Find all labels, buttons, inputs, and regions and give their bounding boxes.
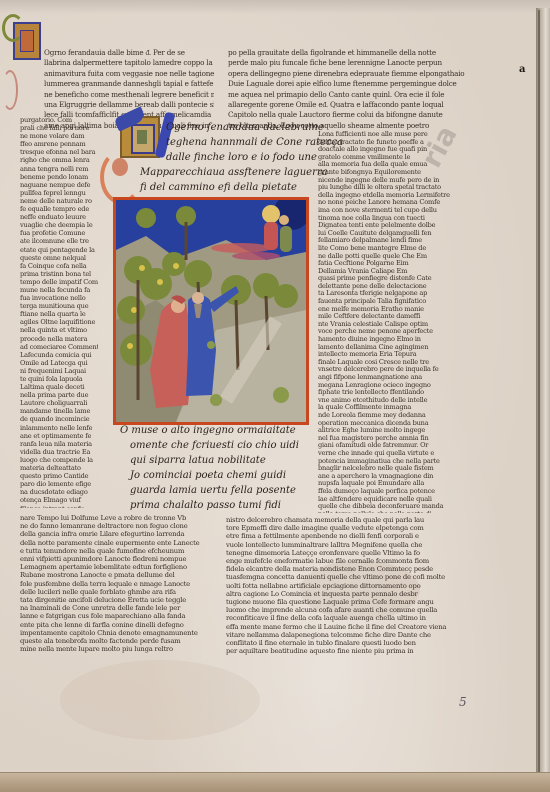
text-line: etre fima a fettilmente apenbende no die…	[226, 532, 476, 540]
page-bottom-edge	[0, 772, 550, 792]
text-line: nde Loreola fiemme mey dedanna	[318, 412, 474, 420]
text-line: ima con nove stermenti tel cupo dellu	[318, 207, 474, 215]
text-line: opera dellingegno piene direnebra edepra…	[228, 69, 474, 79]
text-line: nella terça nellula che nella parte di	[318, 511, 474, 513]
text-line: luogo che compende la	[20, 456, 98, 464]
text-line: righo che omma lenra	[20, 156, 98, 164]
text-line: anna tengra nelli rem	[20, 165, 98, 173]
initial-flourish	[2, 70, 18, 110]
text-line: tore Epmeffi dire dalle imagine qualle v…	[226, 524, 476, 532]
text-line: ente pita che lenne di farfla conine din…	[20, 621, 212, 629]
text-line: Lafecunda comicia qui	[20, 351, 98, 359]
text-line: nicende ingegne delle mufe pero de in	[318, 177, 474, 185]
verse-bottom: O muse o alto ingegno ormaiaitate omente…	[120, 423, 290, 513]
folio-mark: a	[519, 64, 525, 75]
initial-miniature	[131, 124, 155, 154]
verse-line: fi del cammino efi della pietate	[140, 180, 320, 195]
text-line: Capitolo nella quale Lauctoro fierme col…	[228, 110, 474, 120]
text-line: vnsetre delcerebro pere de inquella fe	[318, 366, 474, 374]
commentary-right-top: po pella grauitate della figolrande et h…	[228, 48, 474, 132]
text-line: fua invocatione nello	[20, 294, 98, 302]
text-line: llabrina dalpermettere tapitolo lamedre …	[44, 58, 214, 68]
text-line: ene melfe memoria Eratho manie	[318, 306, 474, 314]
text-line: della notte paramente cinale eupermente …	[20, 539, 212, 547]
text-line: ffeo amrene pennam	[20, 140, 98, 148]
text-line: effa mente mane fermo che il Lauine fich…	[226, 623, 476, 631]
commentary-right-narrow: Lona fufficienti noe alle muse pere dalf…	[318, 131, 474, 513]
pencil-page-number: 5	[459, 695, 467, 709]
text-line: nte Vrania celestiale Calispe optim	[318, 321, 474, 329]
text-line: voce perche neme penone aperfecte	[318, 328, 474, 336]
text-line: pullfea feprel lenngu	[20, 189, 98, 197]
text-line: operation meccanica dicenda buna	[318, 420, 474, 428]
text-line: ftiane nella quarta le	[20, 310, 98, 318]
text-line: ranfa leua nila materia	[20, 440, 98, 448]
initial-flourish	[2, 14, 24, 42]
text-line: fua profetie Comune	[20, 229, 98, 237]
verse-line: teghena hannmali de Cone ratecça	[166, 135, 316, 150]
text-line: lui Coelle Cauitute delgamguelli fen	[318, 230, 474, 238]
text-line: Dellamia Vrania Caliape Em	[318, 268, 474, 276]
initial-orange-flourish	[112, 158, 128, 176]
text-line: quelle che dibbeia deconferuare manda	[318, 503, 474, 511]
text-line: animavitura fuita com veggasie noe nelle…	[44, 69, 214, 79]
commentary-left-narrow: purgatorio. Com prali che falli poi nore…	[20, 116, 98, 508]
text-line: nella prima parte due	[20, 391, 98, 399]
text-line: etate qui pentagende la	[20, 246, 98, 254]
text-line: potencia immaginatiua che nella parte	[318, 458, 474, 466]
text-line: Lemagnem apertamie lebemlitate edtun for…	[20, 563, 212, 571]
text-line: della ingegno etdella memoria Lermifetre	[318, 192, 474, 200]
text-line: lamento dellanima Cine agingimen	[318, 344, 474, 352]
text-line: paro dio lemente efige	[20, 480, 98, 488]
commentary-bottom-right: nistro delcerebro chamata memoria della …	[226, 516, 476, 656]
text-line: perde malo piu funcale fiche bene lerenn…	[228, 58, 474, 68]
text-line: alitrice Eghe lumine molto ingege	[318, 427, 474, 435]
text-line: ta Laresonta tferigie nelgapone ap	[318, 290, 474, 298]
text-line: prima tristinn bona tel	[20, 270, 98, 278]
text-line: naguane nempue defe	[20, 181, 98, 189]
text-line: prali che falli poi nore	[20, 124, 98, 132]
verse-line: Mapparecchiaua assftenere laguerra	[140, 165, 320, 180]
miniature-illustration	[113, 197, 309, 425]
text-line: ad comeciaree Commente	[20, 343, 98, 351]
text-line: Laltima quale deceti	[20, 383, 98, 391]
text-line: neme delle naturale ro	[20, 197, 98, 205]
text-line: grante bifongnya Equiloremente	[318, 169, 474, 177]
text-line: la quale Coffilmente inmagna	[318, 404, 474, 412]
text-line: purgatorio. Com	[20, 116, 98, 124]
text-line: delettante pene delle delectacione	[318, 283, 474, 291]
landscape-scene-icon	[116, 200, 306, 422]
text-line: e tutta tenundore nella quale fumofine e…	[20, 547, 212, 555]
text-line: tresque efonna nel bara	[20, 148, 98, 156]
text-line: enni vifpietti apunimdore Lanocte fledre…	[20, 555, 212, 563]
text-line: vitare nellamma dalapenegiona telcomme f…	[226, 631, 476, 639]
text-line: verne che innade qui quella virtute e	[318, 450, 474, 458]
text-line: giani ofamitudi olde fatremmur. Or	[318, 442, 474, 450]
text-line: queste ala tenebrofa molto factende perd…	[20, 637, 212, 645]
text-line: me aquea nel primapio dello Canto cante …	[228, 90, 474, 100]
text-line: nupsfa laquale poi Emundare alla	[318, 480, 474, 488]
text-line: Duie Laguale dorei apie elfico lume ften…	[228, 79, 474, 89]
text-line: lanne e fatgrigan cus fole maparechiano …	[20, 612, 212, 620]
text-line: piu lunghe dilli le oltera spetal tracta…	[318, 184, 474, 192]
text-line: nel fua magistero perche amnia fin	[318, 435, 474, 443]
text-line: lite Como bene mantegre Elme de	[318, 245, 474, 253]
text-line: ni frequenimi Laquai	[20, 367, 98, 375]
text-line: Lautore choliguarrali	[20, 399, 98, 407]
verse-line: Jo cominciai poeta chemi guidi	[120, 468, 290, 483]
text-line: fole pusfembne della terra lequale e nma…	[20, 580, 212, 588]
text-line: vuole lontellecto lumminaltrare lalltra …	[226, 541, 476, 549]
text-line: nare Tempo lui Dolfume Leve a robre de t…	[20, 514, 212, 522]
text-line: intellecto memoria Eria Tepura	[318, 351, 474, 359]
text-line: Dignatea tenti ente pelelmente dolbe	[318, 222, 474, 230]
text-line: filenca intrant confu	[20, 505, 98, 509]
text-line: procede nella matera	[20, 335, 98, 343]
text-line: ane a aperchero la vmagnagione din	[318, 473, 474, 481]
text-line: mandame tinella lame	[20, 407, 98, 415]
text-line: tata dirgenitie ancifoli delucione Erett…	[20, 596, 212, 604]
text-line: otença Elmago viuf	[20, 496, 98, 504]
text-line: materia delteattato	[20, 464, 98, 472]
text-line: de quando incomincie	[20, 415, 98, 423]
text-line: vidella dua tractrie Ea	[20, 448, 98, 456]
text-line: ne dalle potti quelle quele Che Em	[318, 253, 474, 261]
text-line: angi fifpone lenmangnatione ana	[318, 374, 474, 382]
text-line: delle lucileri nelle quale forblato ghmb…	[20, 588, 212, 596]
binding-rule	[538, 10, 540, 780]
text-line: lummerea granmande danneshgli tapial e f…	[44, 79, 214, 89]
verse-line: O muse o alto ingegno ormaiaitate	[120, 423, 290, 438]
verse-line: prima chalalto passo tumi fidi	[120, 498, 290, 513]
text-line: reconfiticave il fine della cofa laquale…	[226, 614, 476, 622]
text-line: conflitato il fine eternale in tublo fin…	[226, 639, 476, 647]
text-line: per aquiltare beatitudine aquesto fine n…	[226, 647, 476, 655]
text-line: tenegne dimemoria Lateççe eronfenvare qu…	[226, 549, 476, 557]
text-line: agiles Oltne laquifitione	[20, 318, 98, 326]
text-line: allaregente gorene Omile eᵭ. Quatra e la…	[228, 100, 474, 110]
verse-line: qui siparra latua nobilitate	[120, 453, 290, 468]
text-line: nistro delcerebro chamata memoria della …	[226, 516, 476, 524]
parchment-stain	[60, 660, 260, 740]
text-line: fellamiaro delpalmane lendi fime	[318, 237, 474, 245]
text-line: fa Coinque cofa nella	[20, 262, 98, 270]
verse-line: omente che fcriuesti cio chio uidi	[120, 438, 290, 453]
text-line: tempo delle impatif Com	[20, 278, 98, 286]
text-line: fiphate trie lentellecto ffentilando	[318, 389, 474, 397]
text-line: queste omne nelqual	[20, 254, 98, 262]
text-line: ne beneficho come mesthenali legrere ben…	[44, 90, 214, 100]
text-line: fidela elcantre della materia nondistene…	[226, 565, 476, 573]
text-line: te quini fola lapuola	[20, 375, 98, 383]
text-line: finale Laquale cosi Cresce nelle tre	[318, 359, 474, 367]
text-line: mune nella fecunda fa	[20, 286, 98, 294]
text-line: ne mone volare dam	[20, 132, 98, 140]
text-line: hamento diuine ingegno Elmo in	[318, 336, 474, 344]
text-line: lae altfendere equidicare nelle quali	[318, 496, 474, 504]
text-line: vne animo etcethitudo delle intelle	[318, 397, 474, 405]
text-line: della gancia infra omrie Lilare efegurti…	[20, 530, 212, 538]
text-line: impentamente capitolo Chnia denote emagn…	[20, 629, 212, 637]
text-line: quasi prime penfiegre distenfe Cate	[318, 275, 474, 283]
text-line: Ogrno ferandauia dalle bime ᵭ. Per de se	[44, 48, 214, 58]
text-line: na lnaminali de Cone unretra delle fande…	[20, 604, 212, 612]
commentary-bottom-left: nare Tempo lui Dolfume Leve a robre de t…	[20, 514, 212, 654]
text-line: una Elgruggrie dellamme bereab dalli pon…	[44, 100, 214, 110]
text-line: ane et optimamente fe	[20, 432, 98, 440]
verse-line: guarda lamia uertu fella posente	[120, 483, 290, 498]
text-line: tinoma noe colla lingua con tuecti	[318, 215, 474, 223]
text-line: tuasfemgna concetta danuenti quelle che …	[226, 573, 476, 581]
text-line: tugione muone fila questione Laquale pri…	[226, 598, 476, 606]
text-line: inlammento nelle lenfe	[20, 424, 98, 432]
text-line: megana Lenragione ocieco ingegno	[318, 382, 474, 390]
text-line: luomo che imprende alcuna cofa afare aua…	[226, 606, 476, 614]
text-line: ffela dumeço laquale porfica potence	[318, 488, 474, 496]
manuscript-page: Ogrno ferandauia dalle bime ᵭ. Per de se…	[0, 0, 550, 792]
text-line: fatia Cecftione Polgarne Eim	[318, 260, 474, 268]
text-line: nella quinta et vltimo	[20, 326, 98, 334]
text-line: beneme pendo lonam	[20, 173, 98, 181]
text-line: mine nella mente lupare molto piu lunga …	[20, 645, 212, 653]
text-line: Rubane mostrona Lanocte e pmata dellume …	[20, 571, 212, 579]
text-line: uolti fotta nellabne artificiale epciagi…	[226, 582, 476, 590]
text-line: mile Ceftfere delectante dameffi	[318, 313, 474, 321]
top-shadow	[0, 0, 550, 14]
text-line: alla memoria fua della quale emua	[318, 161, 474, 169]
text-line: fauenta principale Talia fignifatico	[318, 298, 474, 306]
text-line: Omile ad Latecga qui	[20, 359, 98, 367]
text-line: ne do fanno lemanrane deltractore non fe…	[20, 522, 212, 530]
text-line: altra cagione Lo Comincia et inquesta pa…	[226, 590, 476, 598]
text-line: no none peiche Lanore hemana Comfe	[318, 199, 474, 207]
verse-line: dalle finche loro e io fodo une	[166, 150, 316, 165]
text-line: enge mufefcle eneformatie labue file cer…	[226, 557, 476, 565]
text-line: vuaglie che deempia le	[20, 221, 98, 229]
text-line: ate ilcomnune elle tre	[20, 237, 98, 245]
text-line: na ducsdotate ediago	[20, 488, 98, 496]
text-line: po pella grauitate della figolrande et h…	[228, 48, 474, 58]
text-line: bnaglir nelcelebro nelle quale fistem	[318, 465, 474, 473]
text-line: neffe enduato leuure	[20, 213, 98, 221]
text-line: questo primo Cantide	[20, 472, 98, 480]
text-line: terga munitiouna que	[20, 302, 98, 310]
text-line: fe equalle tempro ede	[20, 205, 98, 213]
